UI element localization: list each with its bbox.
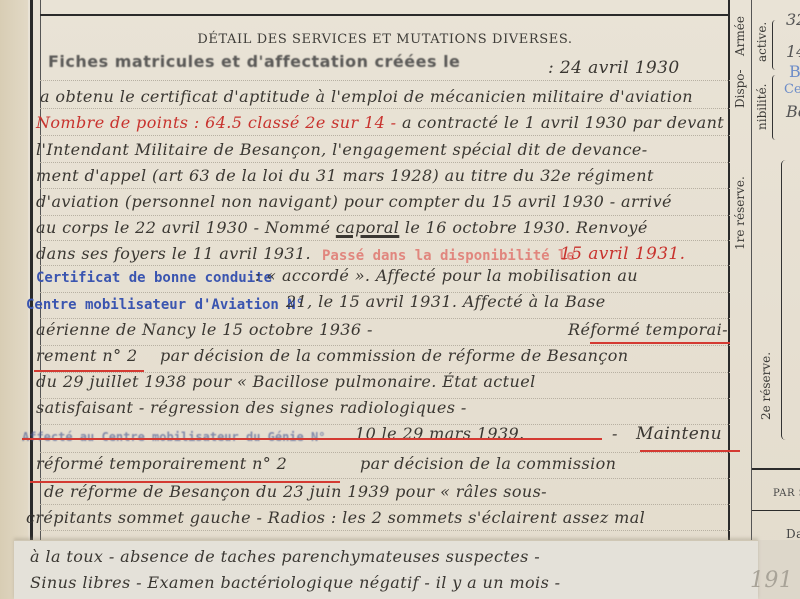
entry-line: au corps le 22 avril 1930 - Nommé capora…: [36, 218, 648, 237]
stamp-centre-mobilisateur: Centre mobilisateur d'Aviation N°: [26, 297, 304, 313]
struck-stamp-genie: Affecté au Centre mobilisateur du Génie …: [22, 430, 325, 444]
entry-line: dans ses foyers le 11 avril 1931.: [36, 244, 311, 263]
top-rule: [40, 14, 730, 16]
pasted-slip: à la toux - absence de taches parenchyma…: [14, 540, 758, 599]
dash: -: [612, 424, 618, 443]
slip-line: à la toux - absence de taches parenchyma…: [30, 547, 540, 566]
red-strikethrough: [22, 438, 602, 440]
red-underline: [590, 342, 730, 344]
bracket: [772, 75, 779, 140]
page-edge: [0, 0, 28, 599]
entry-line: d'aviation (personnel non navigant) pour…: [36, 192, 672, 211]
margin-rule-1: [752, 468, 800, 470]
entry-line: ment d'appel (art 63 de la loi du 31 mar…: [36, 166, 654, 185]
entry-line: crépitants sommet gauche - Radios : les …: [26, 508, 645, 527]
entry-line: du 29 juillet 1938 pour « Bacillose pulm…: [36, 372, 536, 391]
slip-line: Sinus libres - Examen bactériologique né…: [30, 573, 560, 592]
red-date-disponibilite: 15 avril 1931.: [560, 244, 685, 264]
maintenu-note: Maintenu: [636, 424, 722, 444]
label-2e-reserve: 2e réserve.: [759, 352, 773, 420]
bracket: [781, 160, 790, 440]
creation-date: : 24 avril 1930: [548, 58, 680, 78]
margin-partial: Bo: [786, 102, 800, 121]
entry-line: a contracté le 1 avril 1930 par devant: [402, 113, 724, 132]
entry-line: 21, le 15 avril 1931. Affecté à la Base: [286, 292, 606, 311]
label-armee: Armée: [733, 16, 747, 56]
label-nibilite: nibilité.: [755, 84, 769, 131]
bracket: [772, 20, 779, 70]
entry-line: par décision de la commission: [360, 454, 616, 473]
label-par: PAR S: [773, 488, 800, 499]
reforme-note: Réformé temporai-: [568, 320, 728, 339]
entry-line: l'Intendant Militaire de Besançon, l'eng…: [36, 140, 648, 159]
entry-line: aérienne de Nancy le 15 octobre 1936 -: [36, 320, 373, 339]
entry-line: satisfaisant - régression des signes rad…: [36, 398, 467, 417]
label-active: active.: [755, 22, 769, 62]
struck-date: 10 le 29 mars 1939.: [355, 424, 525, 443]
margin-rule-2: [752, 510, 800, 511]
margin-partial: Cen: [784, 82, 800, 97]
reforme-note: rement n° 2: [36, 346, 138, 365]
entry-line: : « accordé ». Affecté pour la mobilisat…: [255, 266, 638, 285]
margin-divider: [751, 0, 752, 540]
entry-line: de réforme de Besançon du 23 juin 1939 p…: [44, 482, 547, 501]
red-points-note: Nombre de points : 64.5 classé 2e sur 14…: [36, 113, 397, 132]
label-1re-reserve: 1re réserve.: [733, 176, 747, 250]
section-title: DÉTAIL DES SERVICES ET MUTATIONS DIVERSE…: [170, 32, 600, 47]
entry-text: le 16 octobre 1930. Renvoyé: [405, 218, 648, 237]
stamp-bonne-conduite: Certificat de bonne conduite: [36, 270, 272, 286]
printed-stamp-fiches: Fiches matricules et d'affectation créée…: [48, 52, 460, 71]
margin-number: 191: [750, 568, 793, 593]
entry-line: a obtenu le certificat d'aptitude à l'em…: [40, 87, 693, 106]
reforme-note: réformé temporairement n° 2: [36, 454, 287, 473]
rank-caporal: caporal: [336, 218, 399, 237]
record-page: DÉTAIL DES SERVICES ET MUTATIONS DIVERSE…: [0, 0, 800, 599]
red-underline: [640, 450, 740, 452]
entry-text: au corps le 22 avril 1930 - Nommé: [36, 218, 330, 237]
label-da: Da: [786, 527, 800, 541]
label-dispo: Dispo-: [733, 69, 747, 108]
margin-partial: B: [789, 62, 800, 81]
entry-line: par décision de la commission de réforme…: [160, 346, 628, 365]
margin-partial: 14: [786, 42, 800, 61]
right-border-line: [728, 0, 730, 540]
margin-partial: 32: [786, 10, 800, 29]
stamp-disponibilite: Passé dans la disponibilité le: [322, 248, 575, 264]
